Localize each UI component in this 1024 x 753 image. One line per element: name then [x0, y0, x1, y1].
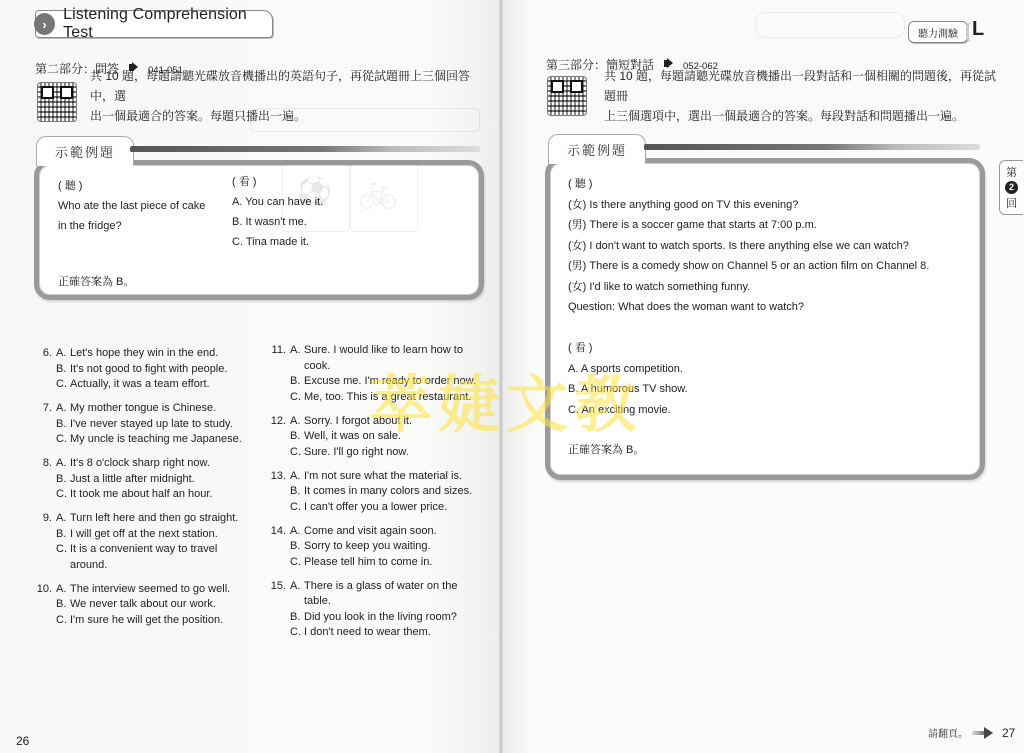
- turn-page-hint: 請翻頁。 27: [928, 725, 1015, 740]
- question-item: 7.A.My mother tongue is Chinese.B.I've n…: [34, 401, 264, 448]
- listen-label: ( 聽 ): [568, 174, 929, 195]
- option-label: B.: [290, 484, 304, 500]
- question-number: 6.: [34, 346, 52, 362]
- question-number: [34, 542, 52, 558]
- question-number: [34, 527, 52, 543]
- qr-code-icon[interactable]: [547, 76, 587, 116]
- question-number: 8.: [34, 456, 52, 472]
- section-instructions: 共 10 題，每題請聽光碟放音機播出一段對話和一個相關的問題後，再從試題冊 上三…: [604, 66, 1004, 126]
- option-label: A.: [290, 469, 304, 485]
- option: B. A humorous TV show.: [568, 379, 688, 400]
- answer-option: 13.A.I'm not sure what the material is.: [268, 469, 493, 485]
- option-text: It is a convenient way to travel: [70, 542, 264, 558]
- option-text: It comes in many colors and sizes.: [304, 484, 493, 500]
- option-text: My uncle is teaching me Japanese.: [70, 432, 264, 448]
- answer-option: 15.A.There is a glass of water on the: [268, 579, 493, 595]
- option-label: B.: [290, 610, 304, 626]
- question-number: [34, 487, 52, 503]
- option-text: I don't need to wear them.: [304, 625, 493, 641]
- question-number: [268, 625, 286, 641]
- option-label: A.: [56, 511, 70, 527]
- option-label: C.: [290, 555, 304, 571]
- question-number: 12.: [268, 414, 286, 430]
- option-text: There is a glass of water on the: [304, 579, 493, 595]
- answer-option: B.Just a little after midnight.: [34, 472, 264, 488]
- question-item: 15.A.There is a glass of water on thetab…: [268, 579, 493, 641]
- header-title-pill: › Listening Comprehension Test: [35, 10, 273, 38]
- example-listen: ( 聽 ) Who ate the last piece of cake in …: [58, 176, 205, 236]
- page-number: 27: [1002, 726, 1015, 740]
- answer-option: 8.A.It's 8 o'clock sharp right now.: [34, 456, 264, 472]
- answer-option: C.I can't offer you a lower price.: [268, 500, 493, 516]
- question-item: 13.A.I'm not sure what the material is.B…: [268, 469, 493, 516]
- section-tag: 聽力測驗: [908, 21, 968, 43]
- dialogue-line: (女) I'd like to watch something funny.: [568, 277, 929, 298]
- example-answer: 正確答案為 B。: [58, 272, 134, 292]
- answer-option: C.It is a convenient way to travel: [34, 542, 264, 558]
- option-label: C.: [290, 390, 304, 406]
- question-number: [268, 539, 286, 555]
- option: A. A sports competition.: [568, 359, 688, 380]
- answer-option: 7.A.My mother tongue is Chinese.: [34, 401, 264, 417]
- side-tab-number: 2: [1005, 181, 1018, 194]
- option-label: B.: [290, 429, 304, 445]
- round-side-tab[interactable]: 第 2 回: [999, 160, 1023, 215]
- option-label: C.: [56, 613, 70, 629]
- example-dialogue: ( 聽 ) (女) Is there anything good on TV t…: [568, 174, 929, 318]
- example-answer: 正確答案為 B。: [568, 440, 644, 460]
- question-item: 12.A.Sorry. I forgot about it.B.Well, it…: [268, 414, 493, 461]
- answer-option: B.Did you look in the living room?: [268, 610, 493, 626]
- option-text: Sorry to keep you waiting.: [304, 539, 493, 555]
- question-number: [34, 362, 52, 378]
- answer-option: B.Sorry to keep you waiting.: [268, 539, 493, 555]
- option-label: C.: [290, 625, 304, 641]
- answer-option: C.Me, too. This is a great restaurant.: [268, 390, 493, 406]
- side-tab-bottom: 回: [1006, 195, 1017, 211]
- answer-option: 11.A.Sure. I would like to learn how to: [268, 343, 493, 359]
- question-item: 8.A.It's 8 o'clock sharp right now.B.Jus…: [34, 456, 264, 503]
- section-instructions: 共 10 題，每題請聽光碟放音機播出的英語句子，再從試題冊上三個回答中，選 出一…: [90, 66, 490, 126]
- option-text: Turn left here and then go straight.: [70, 511, 264, 527]
- option-text: Please tell him to come in.: [304, 555, 493, 571]
- question-number: [268, 445, 286, 461]
- question-number: [268, 500, 286, 516]
- question-number: 10.: [34, 582, 52, 598]
- answer-option: C.It took me about half an hour.: [34, 487, 264, 503]
- option-label: B.: [56, 597, 70, 613]
- dialogue-line: (女) Is there anything good on TV this ev…: [568, 195, 929, 216]
- question-number: [34, 472, 52, 488]
- example-header-bar: [130, 146, 480, 152]
- question-number: [34, 597, 52, 613]
- answer-option: C.I'm sure he will get the position.: [34, 613, 264, 629]
- option-text: Did you look in the living room?: [304, 610, 493, 626]
- option-label: A.: [290, 343, 304, 359]
- option-label: C.: [56, 377, 70, 393]
- question-column: 6.A.Let's hope they win in the end.B.It'…: [34, 346, 264, 637]
- option-text: It's 8 o'clock sharp right now.: [70, 456, 264, 472]
- question-number: [268, 374, 286, 390]
- question-number: [268, 610, 286, 626]
- option-label: A.: [56, 346, 70, 362]
- answer-option: B.Well, it was on sale.: [268, 429, 493, 445]
- option-label: A.: [290, 414, 304, 430]
- dialogue-line: (男) There is a comedy show on Channel 5 …: [568, 256, 929, 277]
- answer-option: 10.A.The interview seemed to go well.: [34, 582, 264, 598]
- chevron-right-icon: ›: [34, 13, 55, 35]
- option-text: Come and visit again soon.: [304, 524, 493, 540]
- bleed-through-title: [755, 12, 905, 38]
- instructions-line: 上三個選項中，選出一個最適合的答案。每段對話和問題播出一遍。: [604, 106, 1004, 126]
- option-label: C.: [290, 500, 304, 516]
- option-text: Let's hope they win in the end.: [70, 346, 264, 362]
- option-text: Just a little after midnight.: [70, 472, 264, 488]
- option-label: B.: [56, 417, 70, 433]
- option-text: My mother tongue is Chinese.: [70, 401, 264, 417]
- option-text: The interview seemed to go well.: [70, 582, 264, 598]
- option: C. Tina made it.: [232, 232, 323, 252]
- answer-option: B.I've never stayed up late to study.: [34, 417, 264, 433]
- question-number: 7.: [34, 401, 52, 417]
- answer-option: C.My uncle is teaching me Japanese.: [34, 432, 264, 448]
- question-number: 13.: [268, 469, 286, 485]
- answer-option: 14.A.Come and visit again soon.: [268, 524, 493, 540]
- question-number: 11.: [268, 343, 286, 359]
- option-label: C.: [56, 432, 70, 448]
- option-text-continued: around.: [34, 558, 264, 574]
- option: C. An exciting movie.: [568, 400, 688, 421]
- option-label: B.: [56, 527, 70, 543]
- option-text: I'm sure he will get the position.: [70, 613, 264, 629]
- question-item: 6.A.Let's hope they win in the end.B.It'…: [34, 346, 264, 393]
- answer-option: C.I don't need to wear them.: [268, 625, 493, 641]
- option-text: Sure. I would like to learn how to: [304, 343, 493, 359]
- question-item: 10.A.The interview seemed to go well.B.W…: [34, 582, 264, 629]
- example-look: ( 看 ) A. You can have it. B. It wasn't m…: [232, 172, 323, 252]
- example-tab: 示範例題: [548, 134, 646, 164]
- answer-option: C.Actually, it was a team effort.: [34, 377, 264, 393]
- question-number: 9.: [34, 511, 52, 527]
- look-label: ( 看 ): [232, 172, 323, 192]
- option-text: I've never stayed up late to study.: [70, 417, 264, 433]
- option-label: A.: [56, 401, 70, 417]
- answer-option: C.Please tell him to come in.: [268, 555, 493, 571]
- option-label: B.: [56, 362, 70, 378]
- option-label: A.: [56, 456, 70, 472]
- question-number: [268, 484, 286, 500]
- option-text: Sure. I'll go right now.: [304, 445, 493, 461]
- option-text: Excuse me. I'm ready to order now.: [304, 374, 493, 390]
- option-text: Actually, it was a team effort.: [70, 377, 264, 393]
- question-item: 14.A.Come and visit again soon.B.Sorry t…: [268, 524, 493, 571]
- option-text: I can't offer you a lower price.: [304, 500, 493, 516]
- answer-option: B.We never talk about our work.: [34, 597, 264, 613]
- option-label: A.: [56, 582, 70, 598]
- option-label: B.: [290, 374, 304, 390]
- answer-option: B.It's not good to fight with people.: [34, 362, 264, 378]
- option-text-continued: table.: [268, 594, 493, 610]
- instructions-line: 共 10 題，每題請聽光碟放音機播出一段對話和一個相關的問題後，再從試題冊: [604, 66, 1004, 106]
- question-number: [34, 417, 52, 433]
- answer-option: 12.A.Sorry. I forgot about it.: [268, 414, 493, 430]
- look-label: ( 看 ): [568, 338, 688, 359]
- question-number: [34, 432, 52, 448]
- answer-option: B.Excuse me. I'm ready to order now.: [268, 374, 493, 390]
- answer-option: 9.A.Turn left here and then go straight.: [34, 511, 264, 527]
- option-label: A.: [290, 579, 304, 595]
- answer-option: B.It comes in many colors and sizes.: [268, 484, 493, 500]
- book-gutter: [499, 0, 503, 753]
- option-label: C.: [56, 487, 70, 503]
- question-number: [268, 555, 286, 571]
- example-tab: 示範例題: [36, 136, 134, 166]
- option-label: B.: [56, 472, 70, 488]
- question-number: 14.: [268, 524, 286, 540]
- option-text-continued: cook.: [268, 359, 493, 375]
- question-number: [268, 390, 286, 406]
- option-text: It took me about half an hour.: [70, 487, 264, 503]
- question-line: Question: What does the woman want to wa…: [568, 297, 929, 318]
- question-number: [34, 613, 52, 629]
- question-item: 9.A.Turn left here and then go straight.…: [34, 511, 264, 573]
- section-letter: L: [972, 18, 984, 41]
- option-text: Sorry. I forgot about it.: [304, 414, 493, 430]
- answer-option: C.Sure. I'll go right now.: [268, 445, 493, 461]
- option: B. It wasn't me.: [232, 212, 323, 232]
- listen-text: Who ate the last piece of cake: [58, 196, 205, 216]
- question-number: 15.: [268, 579, 286, 595]
- answer-option: 6.A.Let's hope they win in the end.: [34, 346, 264, 362]
- answer-option: B.I will get off at the next station.: [34, 527, 264, 543]
- question-column: 11.A.Sure. I would like to learn how toc…: [268, 343, 493, 649]
- option-label: A.: [290, 524, 304, 540]
- instructions-line: 出一個最適合的答案。每題只播出一遍。: [90, 106, 490, 126]
- header-title: Listening Comprehension Test: [63, 6, 272, 42]
- example-look: ( 看 ) A. A sports competition. B. A humo…: [568, 338, 688, 420]
- option-text: I will get off at the next station.: [70, 527, 264, 543]
- option-text: We never talk about our work.: [70, 597, 264, 613]
- listen-text: in the fridge?: [58, 216, 205, 236]
- dialogue-line: (女) I don't want to watch sports. Is the…: [568, 236, 929, 257]
- option: A. You can have it.: [232, 192, 323, 212]
- side-tab-top: 第: [1006, 164, 1017, 180]
- qr-code-icon[interactable]: [37, 82, 77, 122]
- question-number: [34, 377, 52, 393]
- option-text: I'm not sure what the material is.: [304, 469, 493, 485]
- example-header-bar: [644, 144, 980, 150]
- option-label: B.: [290, 539, 304, 555]
- turn-page-label: 請翻頁。: [928, 725, 968, 740]
- option-label: C.: [290, 445, 304, 461]
- page-number: 26: [16, 734, 29, 748]
- option-text: Me, too. This is a great restaurant.: [304, 390, 493, 406]
- question-item: 11.A.Sure. I would like to learn how toc…: [268, 343, 493, 405]
- option-label: C.: [56, 542, 70, 558]
- option-text: It's not good to fight with people.: [70, 362, 264, 378]
- bicycle-icon: 🚲: [358, 172, 398, 210]
- question-number: [268, 429, 286, 445]
- dialogue-line: (男) There is a soccer game that starts a…: [568, 215, 929, 236]
- instructions-line: 共 10 題，每題請聽光碟放音機播出的英語句子，再從試題冊上三個回答中，選: [90, 66, 490, 106]
- arrow-right-icon: [972, 728, 994, 738]
- option-text: Well, it was on sale.: [304, 429, 493, 445]
- listen-label: ( 聽 ): [58, 176, 205, 196]
